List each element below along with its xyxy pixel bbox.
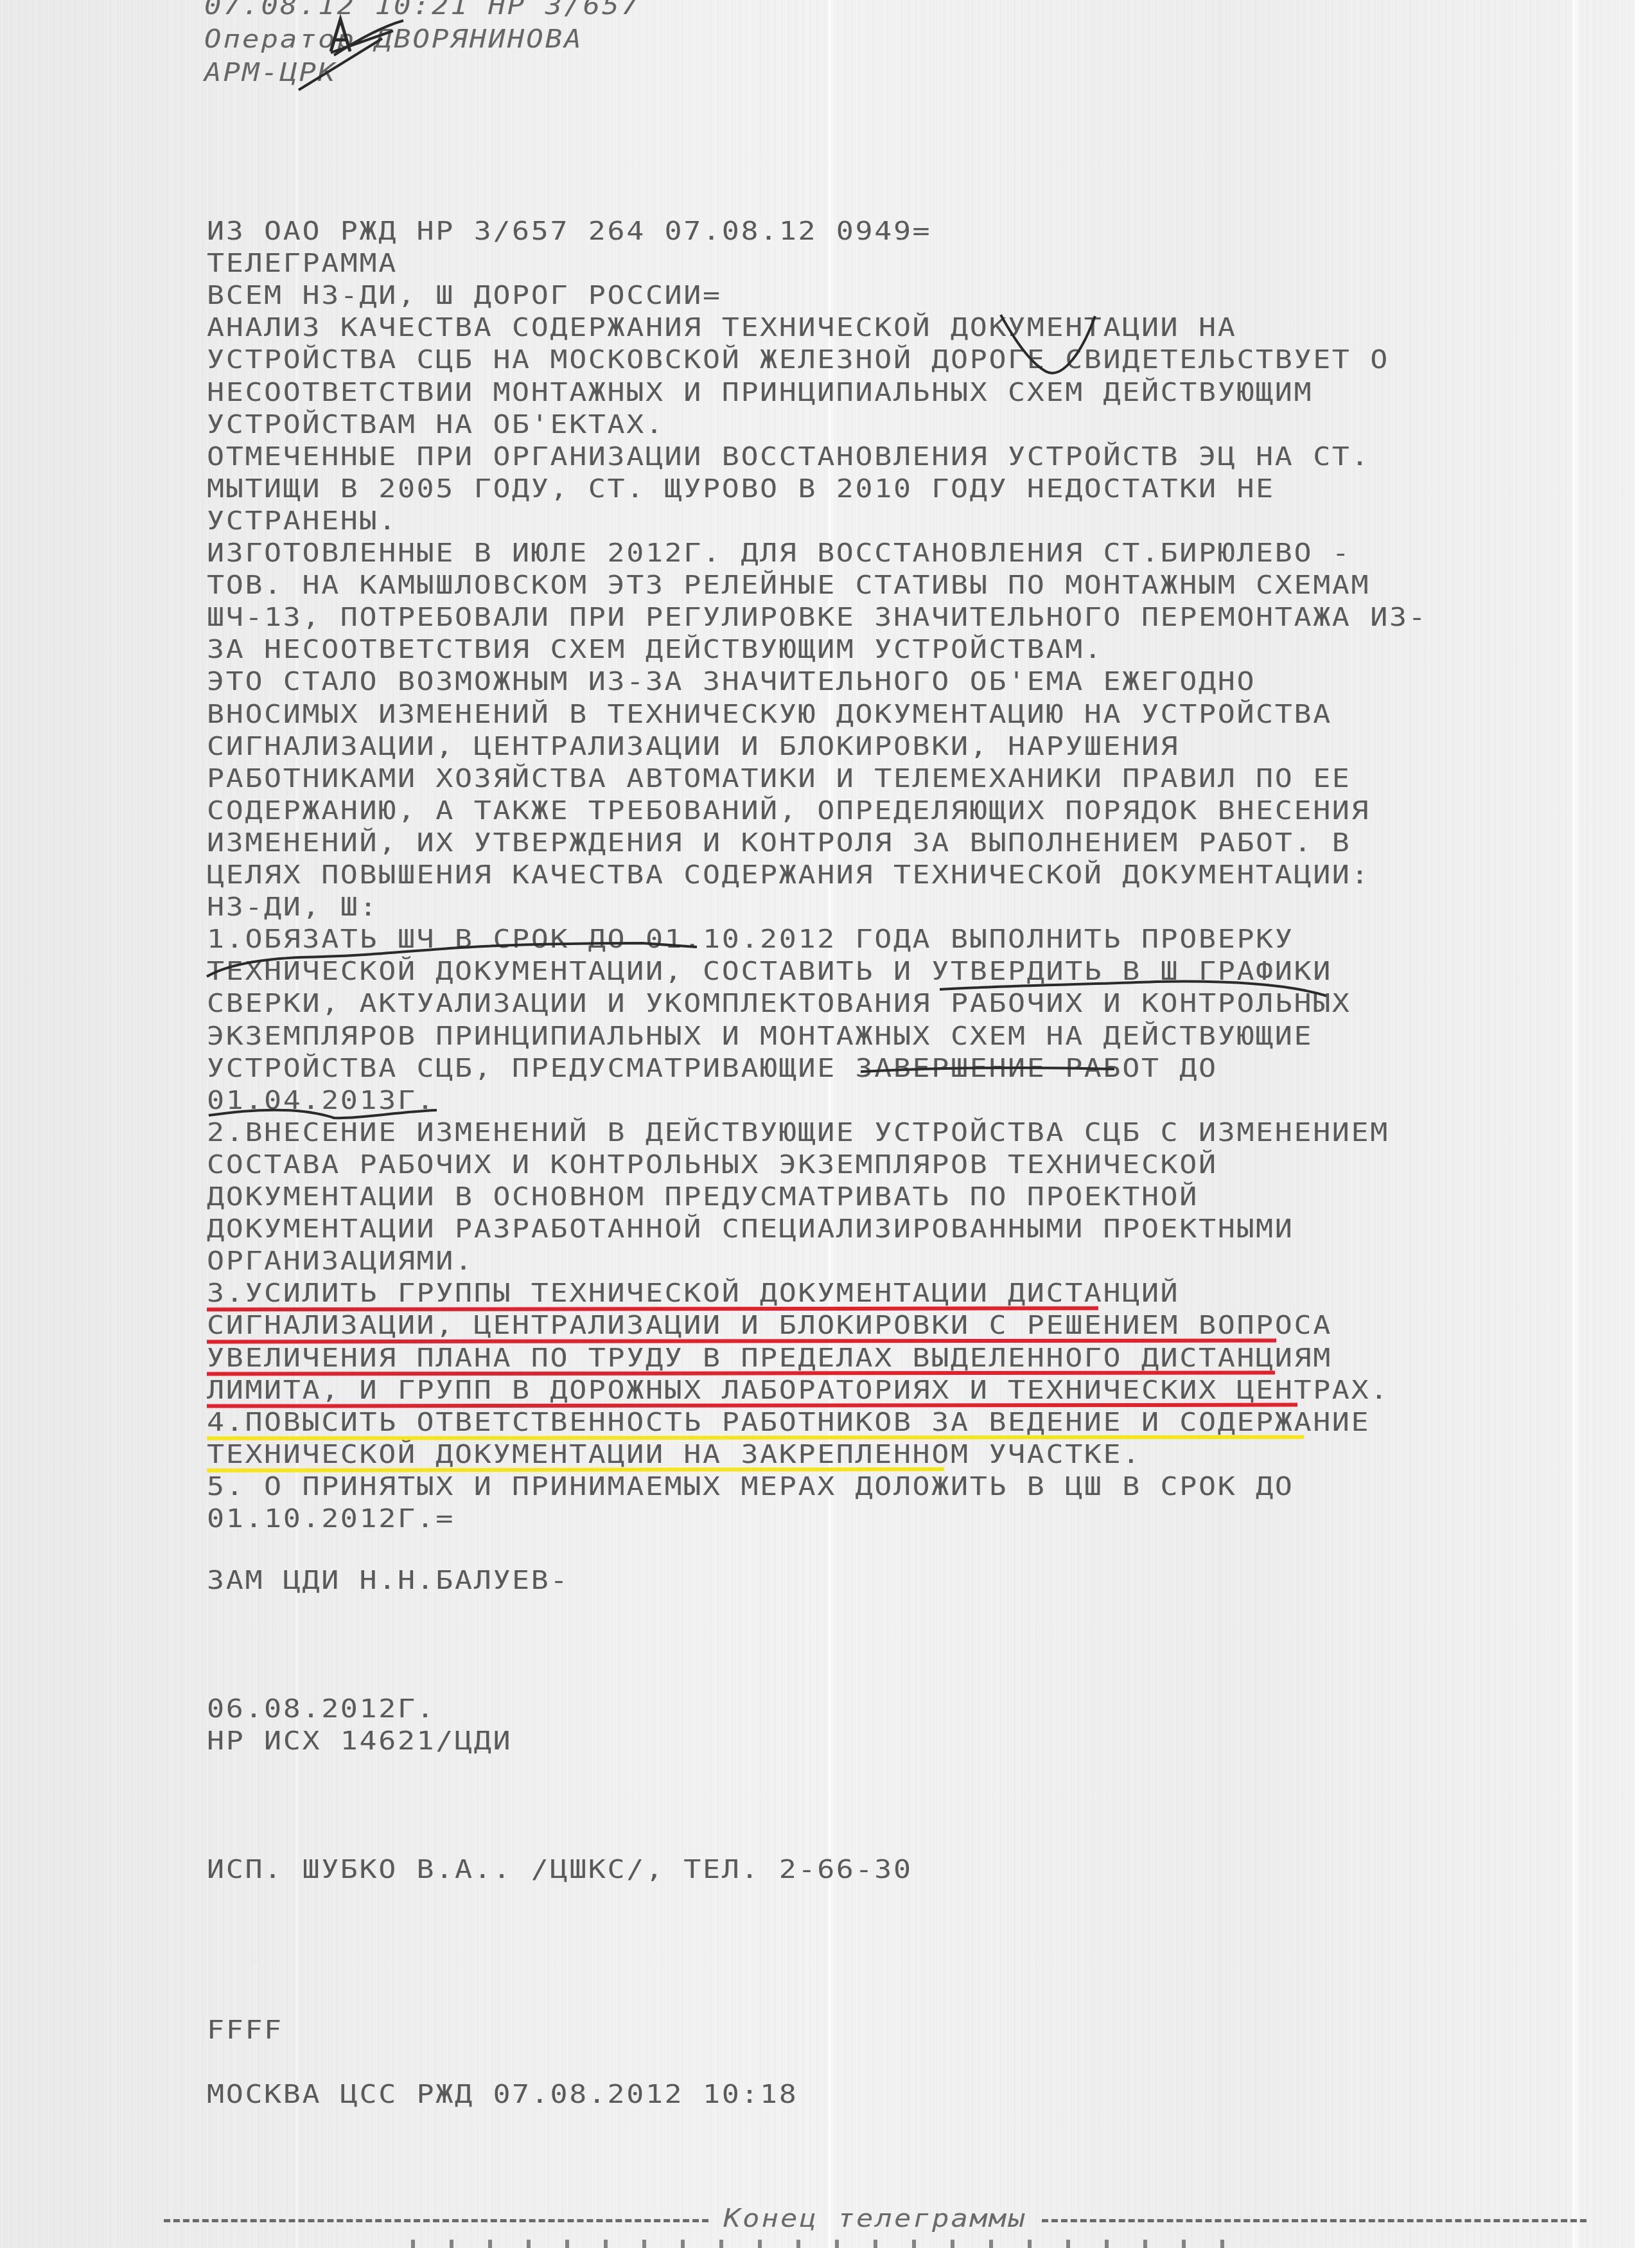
end-of-telegram-divider: Конец телеграммы [164,2202,1586,2235]
telegram-line: ИЗМЕНЕНИЙ, ИХ УТВЕРЖДЕНИЯ И КОНТРОЛЯ ЗА … [207,829,1351,857]
header-workstation: АРМ-ЦРК [204,59,337,87]
receipt-stamp: МОСКВА ЦСС РЖД 07.08.2012 10:18 [207,2080,798,2109]
telegram-line: УВЕЛИЧЕНИЯ ПЛАНА ПО ТРУДУ В ПРЕДЕЛАХ ВЫД… [207,1344,1332,1372]
telegram-line: НЕСООТВЕТСТВИИ МОНТАЖНЫХ И ПРИНЦИПИАЛЬНЫ… [207,378,1313,407]
telegram-line: АНАЛИЗ КАЧЕСТВА СОДЕРЖАНИЯ ТЕХНИЧЕСКОЙ Д… [207,314,1236,342]
telegram-line: СОДЕРЖАНИЮ, А ТАКЖЕ ТРЕБОВАНИЙ, ОПРЕДЕЛЯ… [207,797,1370,825]
telegram-line: 4.ПОВЫСИТЬ ОТВЕТСТВЕННОСТЬ РАБОТНИКОВ ЗА… [207,1408,1370,1437]
header-timestamp: 07.08.12 10:21 НР 3/657 [204,0,640,21]
telegram-line: ИЗ ОАО РЖД НР 3/657 264 07.08.12 0949= [207,217,931,245]
telegram-line: ЭТО СТАЛО ВОЗМОЖНЫМ ИЗ-ЗА ЗНАЧИТЕЛЬНОГО … [207,668,1256,696]
telegram-line: НЗ-ДИ, Ш: [207,893,378,921]
telegram-line: ТЕЛЕГРАММА [207,249,398,278]
telegram-line: ЦЕЛЯХ ПОВЫШЕНИЯ КАЧЕСТВА СОДЕРЖАНИЯ ТЕХН… [207,861,1370,889]
service-code: FFFF [207,2016,283,2044]
telegram-line: МЫТИЩИ В 2005 ГОДУ, СТ. ЩУРОВО В 2010 ГО… [207,475,1275,503]
telegram-line: СИГНАЛИЗАЦИИ, ЦЕНТРАЛИЗАЦИИ И БЛОКИРОВКИ… [207,1311,1332,1340]
telegram-line: ЭКЗЕМПЛЯРОВ ПРИНЦИПИАЛЬНЫХ И МОНТАЖНЫХ С… [207,1022,1313,1050]
telegram-line: ВНОСИМЫХ ИЗМЕНЕНИЙ В ТЕХНИЧЕСКУЮ ДОКУМЕН… [207,700,1332,729]
telegram-line: УСТРАНЕНЫ. [207,507,398,535]
telegram-line: СИГНАЛИЗАЦИИ, ЦЕНТРАЛИЗАЦИИ И БЛОКИРОВКИ… [207,732,1179,761]
paper-fold [1572,0,1581,2248]
date-sent: 06.08.2012Г. [207,1695,435,1723]
telegram-line: УСТРОЙСТВАМ НА ОБ'ЕКТАХ. [207,411,665,439]
divider-dashes [1042,2219,1586,2222]
telegram-line: РАБОТНИКАМИ ХОЗЯЙСТВА АВТОМАТИКИ И ТЕЛЕМ… [207,765,1351,793]
telegram-line: СВЕРКИ, АКТУАЛИЗАЦИИ И УКОМПЛЕКТОВАНИЯ Р… [207,989,1351,1018]
telegram-line: 5. О ПРИНЯТЫХ И ПРИНИМАЕМЫХ МЕРАХ ДОЛОЖИ… [207,1473,1294,1501]
telegram-line: УСТРОЙСТВА СЦБ НА МОСКОВСКОЙ ЖЕЛЕЗНОЙ ДО… [207,346,1389,374]
telegram-line: 3.УСИЛИТЬ ГРУППЫ ТЕХНИЧЕСКОЙ ДОКУМЕНТАЦИ… [207,1279,1179,1307]
telegram-line: ДОКУМЕНТАЦИИ РАЗРАБОТАННОЙ СПЕЦИАЛИЗИРОВ… [207,1215,1294,1243]
telegram-line: 01.10.2012Г.= [207,1505,455,1533]
telegram-line: ОРГАНИЗАЦИЯМИ. [207,1247,474,1275]
telegram-line: ИЗГОТОВЛЕННЫЕ В ИЮЛЕ 2012Г. ДЛЯ ВОССТАНО… [207,539,1351,567]
end-of-telegram-label: Конец телеграммы [708,2204,1042,2233]
divider-dashes [164,2219,708,2222]
header-operator: Оператор ДВОРЯНИНОВА [204,26,583,54]
executor: ИСП. ШУБКО В.А.. /ЦШКС/, ТЕЛ. 2-66-30 [207,1855,913,1884]
telegram-line: ЛИМИТА, И ГРУПП В ДОРОЖНЫХ ЛАБОРАТОРИЯХ … [207,1376,1389,1404]
telegram-line: ТОВ. НА КАМЫШЛОВСКОМ ЭТЗ РЕЛЕЙНЫЕ СТАТИВ… [207,571,1370,599]
telegram-line: ТЕХНИЧЕСКОЙ ДОКУМЕНТАЦИИ, СОСТАВИТЬ И УТ… [207,957,1332,986]
outgoing-number: НР ИСХ 14621/ЦДИ [207,1727,512,1755]
telegram-line: УСТРОЙСТВА СЦБ, ПРЕДУСМАТРИВАЮЩИЕ ЗАВЕРШ… [207,1054,1218,1083]
telegram-line: 2.ВНЕСЕНИЕ ИЗМЕНЕНИЙ В ДЕЙСТВУЮЩИЕ УСТРО… [207,1119,1389,1147]
telegram-line: СОСТАВА РАБОЧИХ И КОНТРОЛЬНЫХ ЭКЗЕМПЛЯРО… [207,1151,1218,1179]
telegram-line: 1.ОБЯЗАТЬ ШЧ В СРОК ДО 01.10.2012 ГОДА В… [207,925,1294,953]
telegram-line: ДОКУМЕНТАЦИИ В ОСНОВНОМ ПРЕДУСМАТРИВАТЬ … [207,1183,1199,1211]
telegram-line: ШЧ-13, ПОТРЕБОВАЛИ ПРИ РЕГУЛИРОВКЕ ЗНАЧИ… [207,603,1427,632]
telegram-line: ЗА НЕСООТВЕТСТВИЯ СХЕМ ДЕЙСТВУЮЩИМ УСТРО… [207,635,1103,664]
next-page-bleed [411,2240,1246,2248]
telegram-line: ОТМЕЧЕННЫЕ ПРИ ОРГАНИЗАЦИИ ВОССТАНОВЛЕНИ… [207,443,1370,471]
telegram-line: ВСЕМ НЗ-ДИ, Ш ДОРОГ РОССИИ= [207,281,722,310]
telegram-line: ТЕХНИЧЕСКОЙ ДОКУМЕНТАЦИИ НА ЗАКРЕПЛЕННОМ… [207,1440,1141,1469]
signature: ЗАМ ЦДИ Н.Н.БАЛУЕВ- [207,1566,569,1595]
telegram-line: 01.04.2013Г. [207,1086,435,1115]
